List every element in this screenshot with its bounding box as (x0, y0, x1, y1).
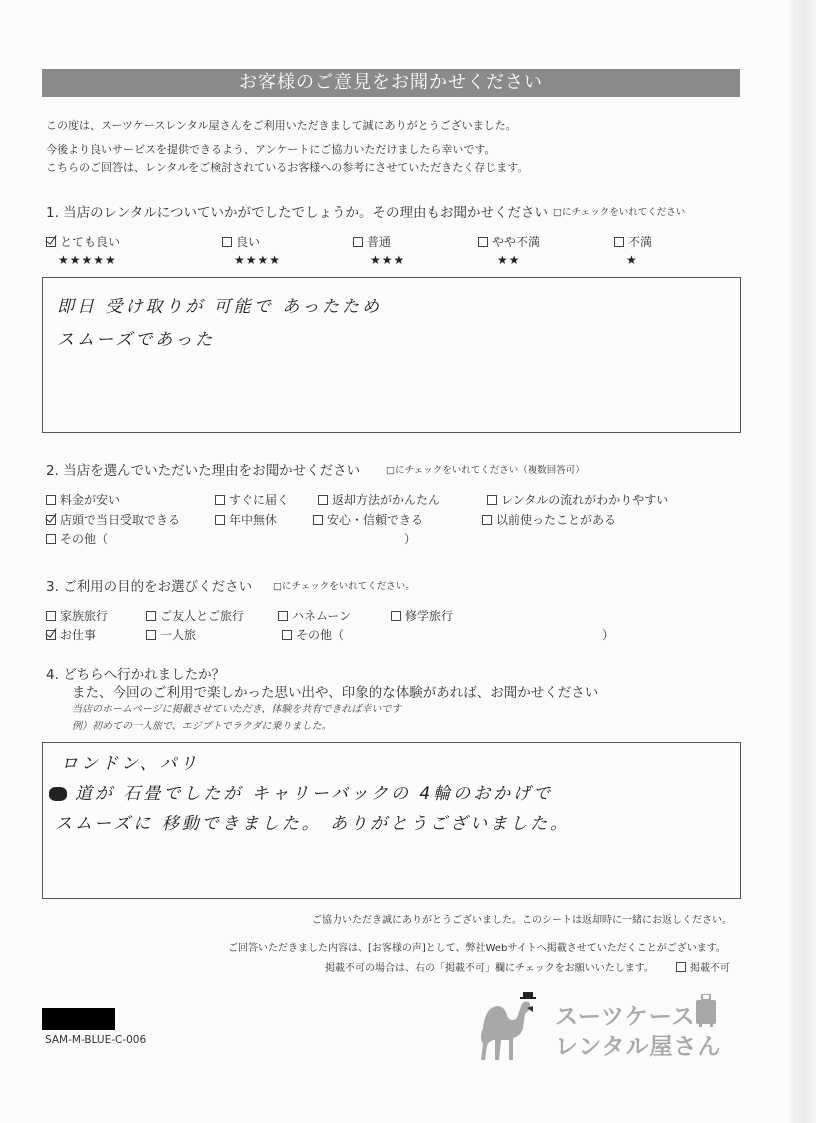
intro-line-2: 今後より良いサービスを提供できるよう、アンケートにご協力いただけましたら幸いです… (46, 141, 495, 157)
q3-option-family-trip[interactable]: 家族旅行 (46, 607, 108, 624)
star-rating-2: ★★ (497, 253, 521, 267)
q2-option-cheap[interactable]: 料金が安い (46, 491, 120, 508)
q3-option-other[interactable]: その他（ (282, 626, 344, 643)
checkbox-icon[interactable] (482, 515, 492, 525)
q4-note: 当店のホームページに掲載させていただき、体験を共有できれば幸いです (72, 700, 401, 715)
q3-option-friends-trip[interactable]: ご友人とご旅行 (146, 607, 244, 624)
checkbox-icon[interactable] (46, 495, 56, 505)
q4-title-line-2: また、今回のご利用で楽しかった思い出や、印象的な体験があれば、お聞かせください (72, 681, 598, 701)
q2-other-input[interactable] (120, 530, 400, 544)
star-rating-4: ★★★★ (234, 253, 281, 267)
checkbox-icon[interactable] (222, 237, 232, 247)
camel-with-hat-icon (475, 988, 545, 1063)
q2-title: 2. 当店を選んでいただいた理由をお聞かせください (46, 459, 360, 479)
q1-option-good[interactable]: 良い (222, 233, 260, 250)
checkbox-icon[interactable] (46, 534, 56, 544)
checkbox-checked-icon[interactable] (46, 237, 56, 247)
footer-thanks: ご協力いただき誠にありがとうございました。このシートは返却時に一緒にお返しくださ… (312, 911, 732, 926)
q2-option-used-before[interactable]: 以前使ったことがある (482, 511, 616, 528)
checkbox-icon[interactable] (487, 495, 497, 505)
star-rating-1: ★ (626, 253, 638, 267)
q2-option-easy-flow[interactable]: レンタルの流れがわかりやすい (487, 491, 668, 508)
logo-line-2: レンタル屋さん (555, 1028, 722, 1061)
opt-out-checkbox[interactable]: 掲載不可 (676, 959, 730, 974)
checkbox-icon[interactable] (676, 962, 686, 972)
q1-answer-box[interactable]: 即日 受け取りが 可能で あったため スムーズであった (42, 277, 741, 433)
q2-option-open-all-year[interactable]: 年中無休 (215, 511, 277, 528)
intro-line-3: こちらのご回答は、レンタルをご検討されているお客様への参考にさせていただきたく存… (46, 159, 528, 175)
page-title: お客様のご意見をお聞かせください (42, 69, 740, 97)
scan-edge-shadow (790, 0, 816, 1123)
checkbox-checked-icon[interactable] (46, 515, 56, 525)
q3-other-input[interactable] (356, 626, 596, 640)
q2-option-easy-return[interactable]: 返却方法がかんたん (318, 491, 440, 508)
checkbox-icon[interactable] (215, 515, 225, 525)
q1-answer-line-1: 即日 受け取りが 可能で あったため (57, 292, 382, 317)
form-code: SAM-M-BLUE-C-006 (45, 1034, 146, 1046)
q3-option-honeymoon[interactable]: ハネムーン (278, 607, 351, 624)
checkbox-checked-icon[interactable] (46, 630, 56, 640)
checkbox-icon[interactable] (46, 611, 56, 621)
q3-note: □にチェックをいれてください。 (273, 578, 415, 592)
star-rating-3: ★★★ (370, 253, 405, 267)
footer-opt-out-note: 掲載不可の場合は、右の「掲載不可」欄にチェックをお願いいたします。 (325, 959, 654, 974)
q2-option-fast-delivery[interactable]: すぐに届く (215, 491, 289, 508)
checkbox-icon[interactable] (146, 630, 156, 640)
checkbox-icon[interactable] (282, 630, 292, 640)
q2-note: □にチェックをいれてください（複数回答可） (386, 462, 585, 476)
q4-answer-box[interactable]: ロンドン、パリ 道が 石畳でしたが キャリーバックの 4輪のおかげで スムーズに… (42, 742, 741, 899)
logo-line-1: スーツケース (555, 998, 696, 1031)
q1-answer-line-2: スムーズであった (57, 325, 215, 350)
checkbox-icon[interactable] (318, 495, 328, 505)
q2-option-other[interactable]: その他（ (46, 530, 108, 547)
company-logo: スーツケース レンタル屋さん (475, 988, 735, 1063)
q1-note: □にチェックをいれてください (553, 204, 685, 218)
suitcase-icon (695, 994, 717, 1028)
checkbox-icon[interactable] (215, 495, 225, 505)
q1-title: 1. 当店のレンタルについていかがでしたでしょうか。その理由もお聞かせください (46, 201, 548, 221)
crossed-out-scribble (49, 787, 67, 801)
q3-option-business[interactable]: お仕事 (46, 626, 96, 643)
checkbox-icon[interactable] (278, 611, 288, 621)
q2-other-close-paren: ） (404, 530, 416, 547)
q1-option-dissatisfied[interactable]: 不満 (614, 233, 652, 250)
redacted-block (42, 1008, 115, 1030)
q4-example: 例）初めての一人旅で、エジプトでラクダに乗りました。 (72, 717, 332, 732)
checkbox-icon[interactable] (313, 515, 323, 525)
q2-option-same-day-pickup[interactable]: 店頭で当日受取できる (46, 511, 180, 528)
checkbox-icon[interactable] (391, 611, 401, 621)
q3-title: 3. ご利用の目的をお選びください (46, 575, 252, 595)
q1-option-average[interactable]: 普通 (353, 233, 391, 250)
q3-option-solo-trip[interactable]: 一人旅 (146, 626, 196, 643)
q1-option-very-good[interactable]: とても良い (46, 233, 120, 250)
q4-answer-line-1: ロンドン、パリ (61, 749, 200, 774)
q4-answer-line-3: スムーズに 移動できました。 ありがとうございました。 (55, 809, 570, 834)
checkbox-icon[interactable] (146, 611, 156, 621)
q2-option-trustworthy[interactable]: 安心・信頼できる (313, 511, 423, 528)
q1-option-somewhat-dissatisfied[interactable]: やや不満 (478, 233, 540, 250)
checkbox-icon[interactable] (614, 237, 624, 247)
q4-answer-line-2-wrap: 道が 石畳でしたが キャリーバックの 4輪のおかげで (49, 779, 553, 804)
footer-publish-note: ご回答いただきました内容は、[お客様の声]として、弊社Webサイトへ掲載させてい… (228, 939, 726, 954)
q4-title-line-1: 4. どちらへ行かれましたか？ (46, 663, 225, 683)
intro-line-1: この度は、スーツケースレンタル屋さんをご利用いただきまして誠にありがとうございま… (46, 117, 517, 133)
checkbox-icon[interactable] (353, 237, 363, 247)
q3-other-close-paren: ） (602, 626, 614, 643)
star-rating-5: ★★★★★ (58, 253, 117, 267)
checkbox-icon[interactable] (478, 237, 488, 247)
q3-option-school-trip[interactable]: 修学旅行 (391, 607, 453, 624)
